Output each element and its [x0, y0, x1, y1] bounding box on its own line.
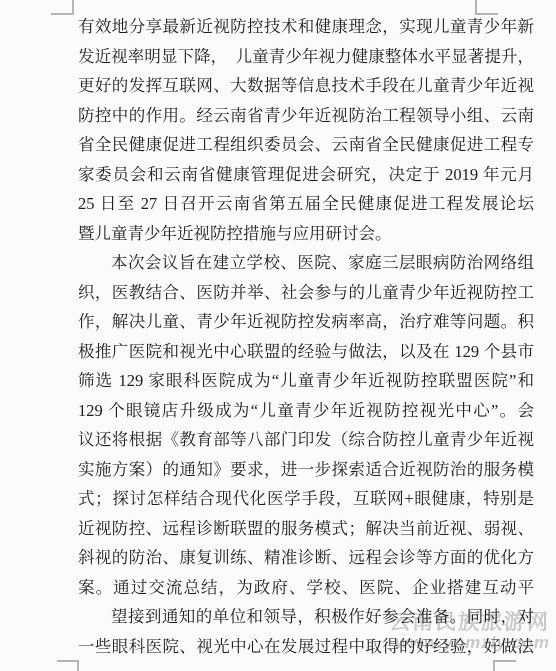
text-line: 129 个眼镜店升级成为“儿童青少年近视防控视光中心”。会: [78, 396, 534, 426]
text-line: 25 日至 27 日召开云南省第五届全民健康促进工程发展论坛: [78, 189, 534, 219]
text-line: 斜视的防治、康复训练、精准诊断、远程会诊等方面的优化方: [78, 543, 534, 573]
text-line: 望接到通知的单位和领导，积极作好参会准备。同时，对: [78, 602, 534, 632]
text-line: 更好的发挥互联网、大数据等信息技术手段在儿童青少年近视: [78, 71, 534, 101]
text-line: 防控中的作用。经云南省青少年近视防治工程领导小组、云南: [78, 101, 534, 131]
text-line: 筛选 129 家眼科医院成为“儿童青少年近视防控联盟医院”和: [78, 366, 534, 396]
text-line: 式；探讨怎样结合现代化医学手段，互联网+眼健康，特别是: [78, 484, 534, 514]
text-line: 省全民健康促进工程组织委员会、云南省全民健康促进工程专: [78, 130, 534, 160]
text-line: 一些眼科医院、视光中心在发展过程中取得的好经验，好做法: [78, 632, 534, 662]
text-line: 近视防控、远程诊断联盟的服务模式；解决当前近视、弱视、: [78, 514, 534, 544]
text-line: 案。通过交流总结，为政府、学校、医院、企业搭建互动平台。: [78, 573, 534, 603]
text-line: 议还将根据《教育部等八部门印发（综合防控儿童青少年近视: [78, 425, 534, 455]
text-boundary-mark-top-right: [475, 0, 498, 15]
text-line: 家委员会和云南省健康管理促进会研究，决定于 2019 年元月: [78, 160, 534, 190]
text-line: 极推广医院和视光中心联盟的经验与做法，以及在 129 个县市: [78, 337, 534, 367]
text-body: 有效地分享最新近视防控技术和健康理念，实现儿童青少年新 发近视率明显下降， 儿童…: [78, 12, 534, 661]
text-line: 实施方案）的通知》要求，进一步探索适合近视防治的服务模: [78, 455, 534, 485]
text-boundary-mark-bottom-right: [493, 660, 516, 671]
text-line: 织，医教结合、医防并举、社会参与的儿童青少年近视防控工: [78, 278, 534, 308]
text-line: 发近视率明显下降， 儿童青少年视力健康整体水平显著提升，: [78, 42, 534, 72]
text-line: 本次会议旨在建立学校、医院、家庭三层眼病防治网络组: [78, 248, 534, 278]
document-page: 云南民族旅游网 www.ynmzly.com 有效地分享最新近视防控技术和健康理…: [0, 0, 556, 671]
text-line: 有效地分享最新近视防控技术和健康理念，实现儿童青少年新: [78, 12, 534, 42]
text-boundary-mark-top-left: [51, 0, 74, 15]
text-line: 作，解决儿童、青少年近视防控发病率高，治疗难等问题。积: [78, 307, 534, 337]
text-boundary-mark-bottom-left: [57, 660, 79, 671]
text-line: 暨儿童青少年近视防控措施与应用研讨会。: [78, 219, 534, 249]
